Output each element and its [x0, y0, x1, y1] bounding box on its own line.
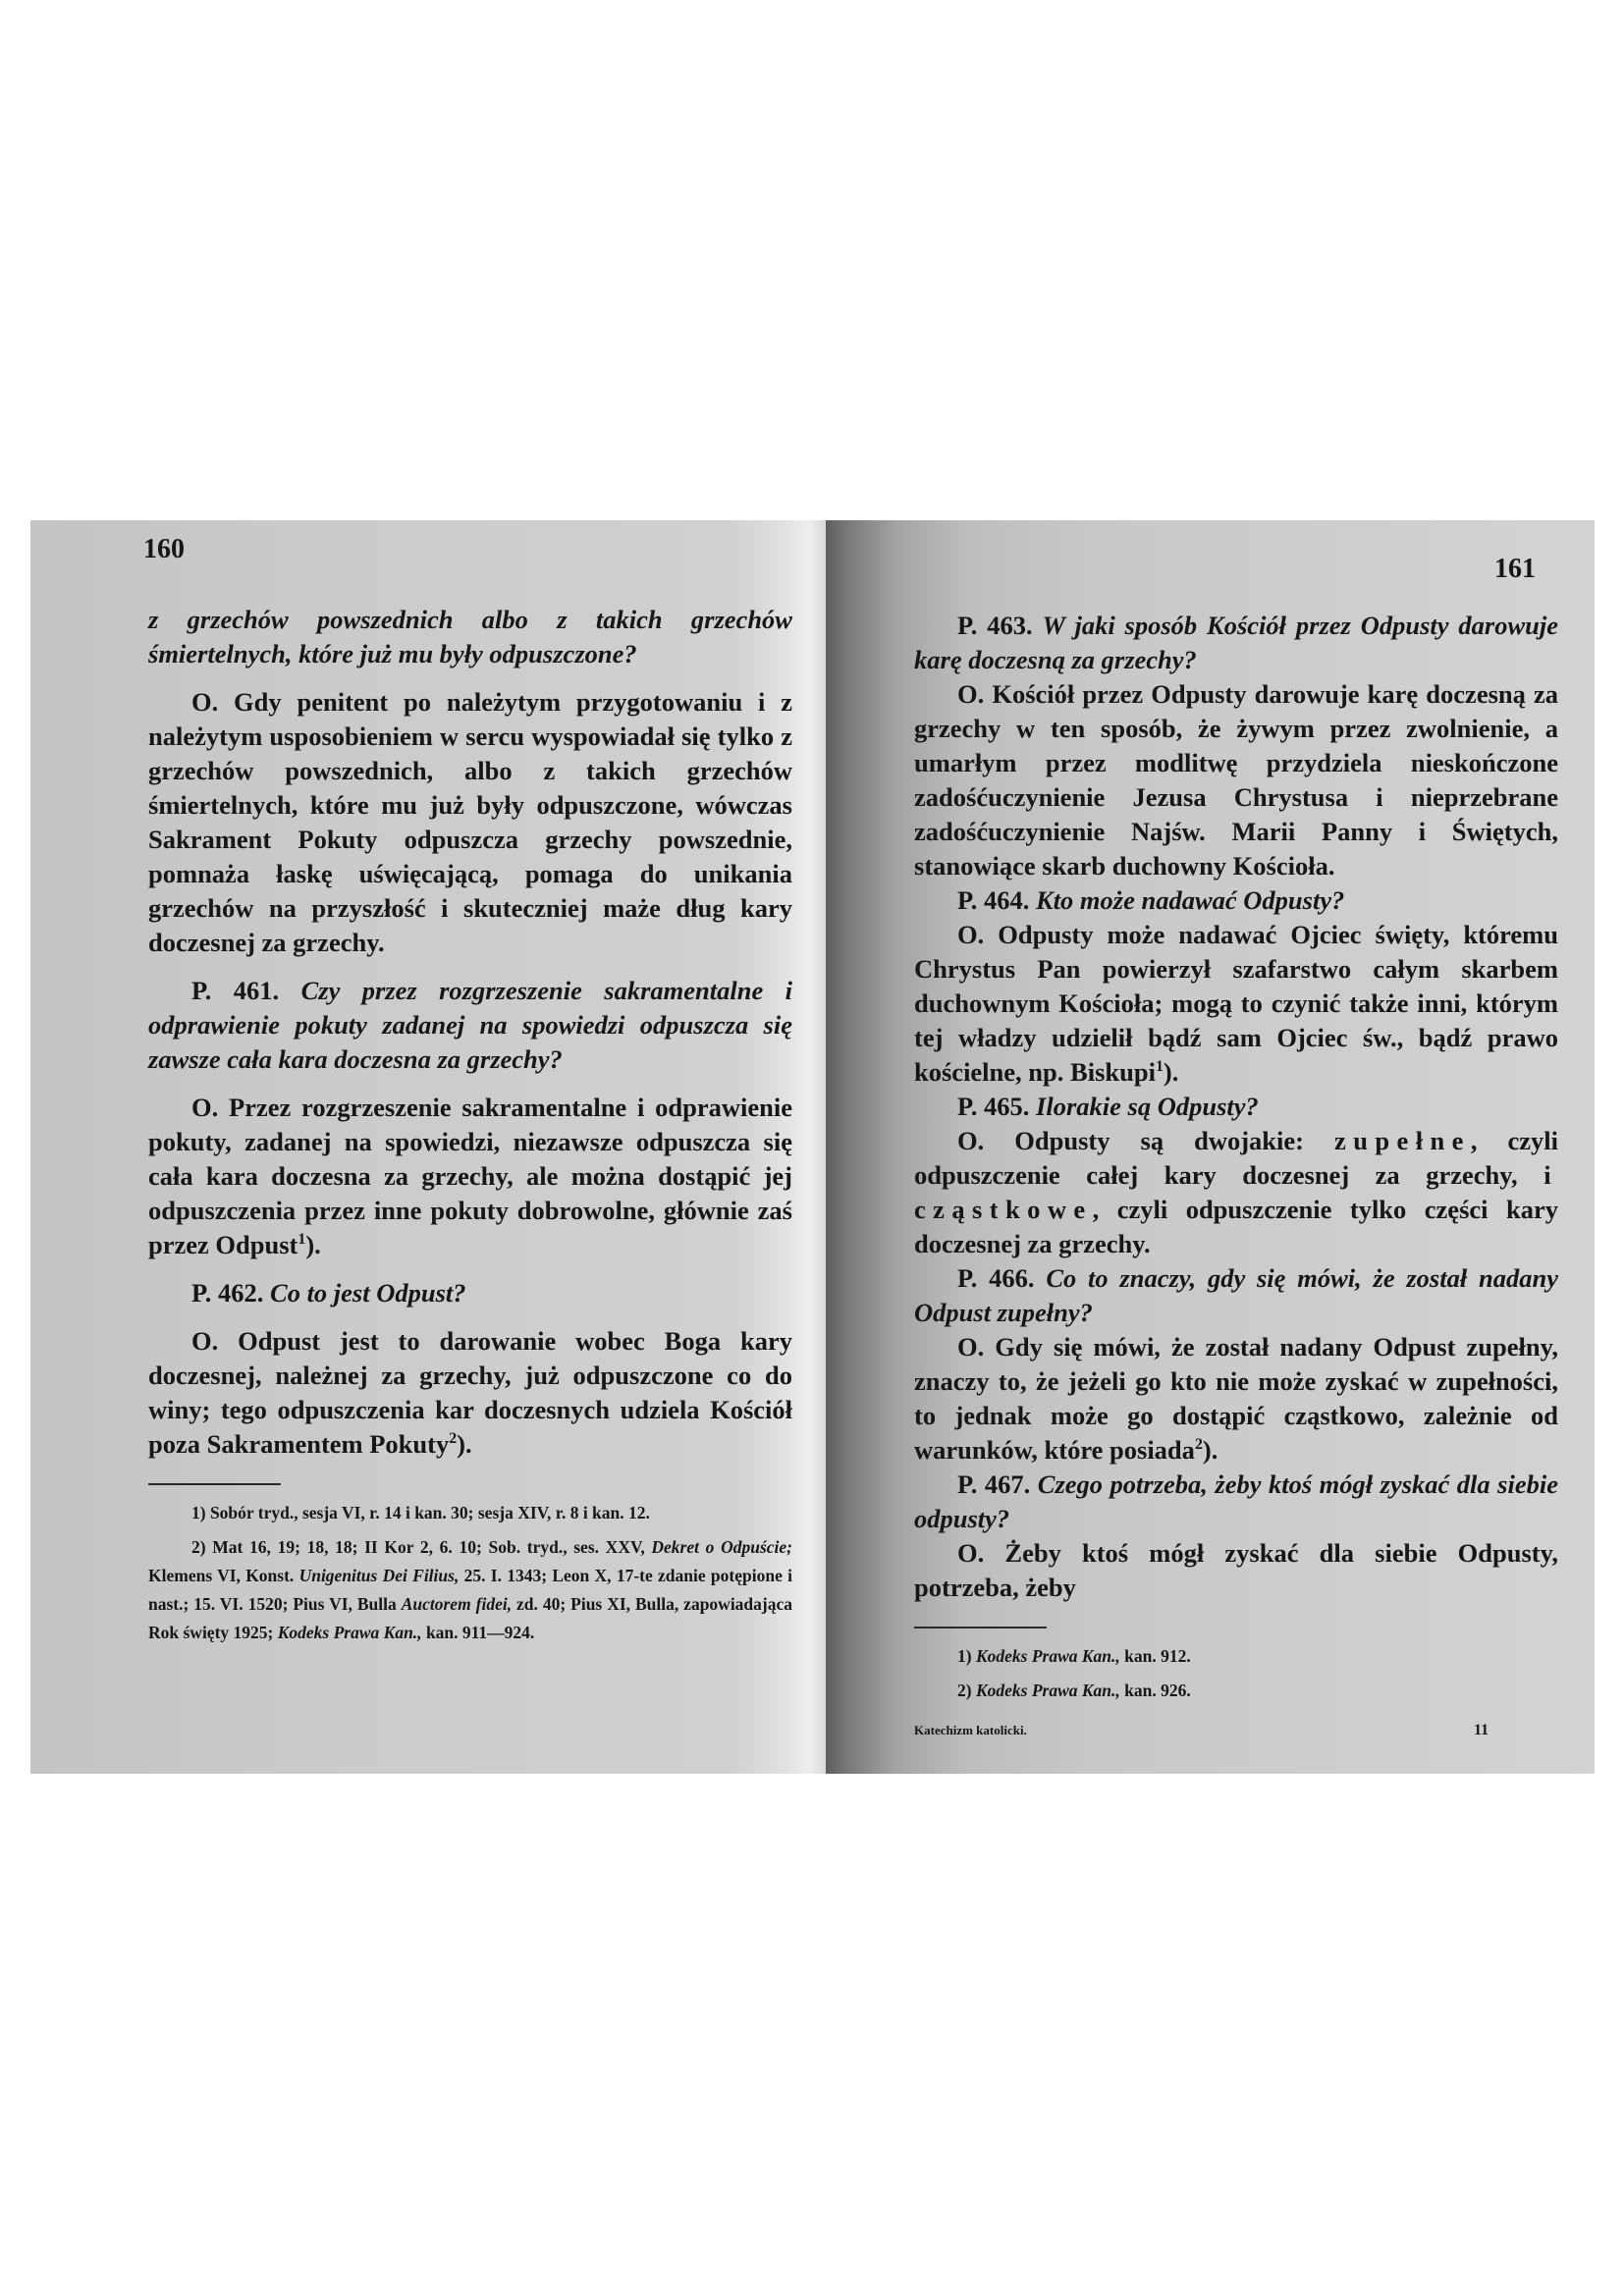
- footnote-reference: 1: [1156, 1058, 1164, 1075]
- emphasized-term: zupełne: [1334, 1126, 1471, 1155]
- footnote-mark: 1): [957, 1646, 976, 1666]
- answer-text: O. Kościół przez Odpusty darowuje karę d…: [914, 679, 1558, 881]
- answer-text: ).: [457, 1429, 471, 1459]
- answer-text: O. Odpusty może nadawać Ojciec święty, k…: [914, 920, 1558, 1087]
- question: P. 463. W jaki sposób Kościół przez Odpu…: [914, 609, 1558, 677]
- left-page-body: z grzechów powszednich albo z takich grz…: [148, 603, 792, 1647]
- question-label: P. 467.: [957, 1469, 1038, 1499]
- question-text: Co to jest Odpust?: [270, 1278, 466, 1308]
- question-label: P. 463.: [957, 611, 1043, 640]
- answer: O. Kościół przez Odpusty darowuje karę d…: [914, 677, 1558, 883]
- answer-text: ).: [305, 1230, 320, 1259]
- question-text: Ilorakie są Odpusty?: [1036, 1092, 1259, 1121]
- question: P. 464. Kto może nadawać Odpusty?: [914, 883, 1558, 918]
- answer: O. Gdy penitent po należytym przygotowan…: [148, 685, 792, 960]
- answer-text: ).: [1164, 1057, 1178, 1087]
- right-page-body: P. 463. W jaki sposób Kościół przez Odpu…: [914, 609, 1558, 1705]
- question: P. 467. Czego potrzeba, żeby ktoś mógł z…: [914, 1468, 1558, 1536]
- footnote-text: Kodeks Prawa Kan.,: [976, 1646, 1120, 1666]
- footnote-mark: 2): [191, 1537, 212, 1557]
- footnote: 2) Mat 16, 19; 18, 18; II Kor 2, 6. 10; …: [148, 1533, 792, 1647]
- right-page: 161 P. 463. W jaki sposób Kościół przez …: [826, 520, 1595, 1774]
- answer-text: O. Żeby ktoś mógł zyskać dla siebie Odpu…: [914, 1538, 1558, 1602]
- footnote-text: kan. 926.: [1120, 1681, 1191, 1700]
- answer-text: O. Gdy się mówi, że został nadany Odpust…: [914, 1332, 1558, 1465]
- answer: O. Odpusty są dwojakie: zupełne, czyli o…: [914, 1124, 1558, 1261]
- footnote-mark: 1): [191, 1503, 210, 1522]
- answer: O. Gdy się mówi, że został nadany Odpust…: [914, 1330, 1558, 1468]
- footnote-rule: [914, 1627, 1047, 1629]
- answer: O. Odpusty może nadawać Ojciec święty, k…: [914, 918, 1558, 1090]
- question: P. 462. Co to jest Odpust?: [148, 1276, 792, 1310]
- answer-text: O. Odpusty są dwojakie:: [957, 1126, 1334, 1155]
- page-number: 161: [1494, 554, 1536, 585]
- signature-number: 11: [1474, 1722, 1489, 1739]
- footnote-text: Kodeks Prawa Kan.,: [976, 1681, 1120, 1700]
- question-text: Kto może nadawać Odpusty?: [1036, 885, 1344, 915]
- question-label: P. 464.: [957, 885, 1036, 915]
- answer-text: O. Gdy penitent po należytym przygotowan…: [148, 687, 792, 957]
- question: P. 466. Co to znaczy, gdy się mówi, że z…: [914, 1261, 1558, 1330]
- question-label: P. 466.: [957, 1263, 1046, 1293]
- question-label: P. 465.: [957, 1092, 1036, 1121]
- footnote: 1) Sobór tryd., sesja VI, r. 14 i kan. 3…: [148, 1499, 792, 1527]
- footnote-text: kan. 912.: [1120, 1646, 1191, 1666]
- answer-text: ).: [1203, 1435, 1218, 1465]
- footnote-text: Auctorem fidei,: [402, 1594, 512, 1614]
- footnote-mark: 2): [957, 1681, 976, 1700]
- footnote-reference: 2: [449, 1430, 457, 1447]
- footnote-text: Klemens VI, Konst.: [148, 1566, 299, 1585]
- footnote-text: kan. 911—924.: [422, 1623, 535, 1642]
- answer: O. Odpust jest to darowanie wobec Boga k…: [148, 1324, 792, 1462]
- answer-text: O. Przez rozgrzeszenie sakramentalne i o…: [148, 1093, 792, 1259]
- footnote: 2) Kodeks Prawa Kan., kan. 926.: [914, 1677, 1558, 1705]
- footnote-rule: [148, 1483, 281, 1485]
- footnote-reference: 2: [1195, 1436, 1203, 1453]
- signature-title: Katechizm katolicki.: [914, 1723, 1027, 1738]
- question-label: P. 461.: [191, 976, 301, 1005]
- footnote-text: Mat 16, 19; 18, 18; II Kor 2, 6. 10; Sob…: [212, 1537, 651, 1557]
- footnote-text: Dekret o Odpuście;: [651, 1537, 792, 1557]
- footnote: 1) Kodeks Prawa Kan., kan. 912.: [914, 1642, 1558, 1671]
- book-scan: 160 z grzechów powszednich albo z takich…: [30, 520, 1595, 1774]
- question: P. 461. Czy przez rozgrzeszenie sakramen…: [148, 974, 792, 1077]
- answer: O. Żeby ktoś mógł zyskać dla siebie Odpu…: [914, 1536, 1558, 1605]
- footnote-text: Kodeks Prawa Kan.,: [278, 1623, 422, 1642]
- page-number: 160: [143, 534, 185, 565]
- answer: O. Przez rozgrzeszenie sakramentalne i o…: [148, 1091, 792, 1262]
- footnote-text: Sobór tryd., sesja VI, r. 14 i kan. 30; …: [210, 1503, 650, 1522]
- question: P. 465. Ilorakie są Odpusty?: [914, 1090, 1558, 1124]
- question-label: P. 462.: [191, 1278, 270, 1308]
- footnote-text: Unigenitus Dei Filius,: [299, 1566, 460, 1585]
- question-text: z grzechów powszednich albo z takich grz…: [148, 603, 792, 671]
- left-page: 160 z grzechów powszednich albo z takich…: [30, 520, 826, 1774]
